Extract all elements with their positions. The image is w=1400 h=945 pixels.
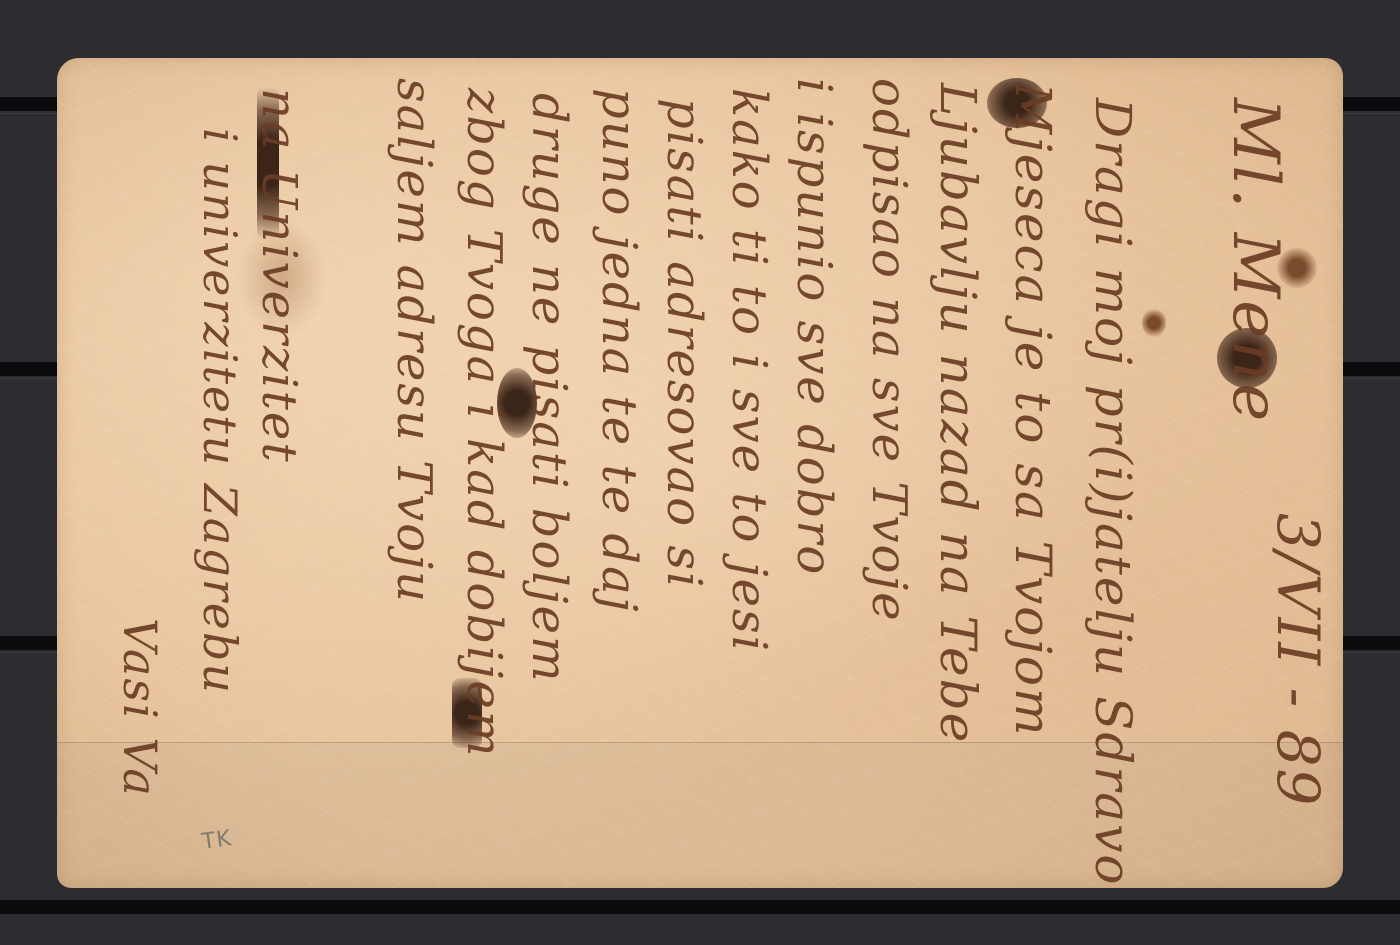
handwritten-line: druge ne pisati boljem (521, 93, 577, 684)
handwritten-line: i ispunio sve dobro (786, 78, 842, 576)
handwritten-line: Dragi moj pr(i)jatelju Sdravo (1084, 98, 1142, 886)
handwritten-line: Mjeseca je to sa Tvojom (1004, 83, 1062, 737)
postcard-date: 3/VII - 89 (1264, 513, 1332, 807)
handwritten-line: na Univerzitet (251, 88, 307, 464)
postcard: 3/VII - 89 Ml. Mene Dragi moj pr(i)jatel… (57, 58, 1343, 888)
handwritten-line: zbog Tvoga i kad dobijem (456, 88, 512, 758)
handwritten-line: saljem adresu Tvoju (386, 78, 442, 604)
handwritten-line: i univerzitetu Zagrebu (193, 128, 247, 695)
handwritten-line: Ljubavlju nazad na Tebe (929, 83, 987, 744)
pencil-mark: TK (200, 826, 233, 855)
ink-spot (1142, 308, 1166, 338)
handwritten-line: puno jedna te te daj (591, 88, 647, 614)
protective-strip-overlay (57, 742, 1343, 888)
handwritten-line: odpisao na sve Tvoje (861, 78, 917, 623)
stock-strip (0, 900, 1400, 914)
handwritten-line: pisati adresovao si (656, 98, 712, 589)
handwritten-signature: Vasi Va (113, 618, 167, 798)
handwritten-line: kako ti to i sve to jesi (721, 88, 777, 653)
postcard-salutation: Ml. Mene (1218, 98, 1292, 423)
